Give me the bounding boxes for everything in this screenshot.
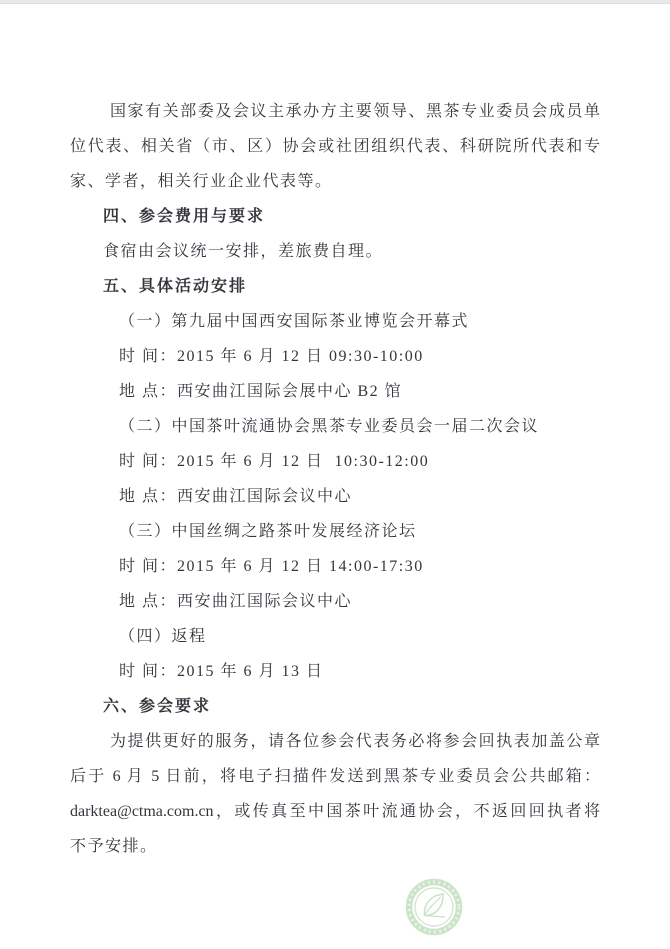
event-time: 时 间：2015 年 6 月 12 日 10:30-12:00 [119,444,600,479]
event-location: 地 点：西安曲江国际会议中心 [119,479,600,514]
event-location: 地 点：西安曲江国际会展中心 B2 馆 [119,374,600,409]
attendees-paragraph-line: 国家有关部委及会议主承办方主要领导、黑茶专业委员会成员单 [70,94,600,129]
event-title: （一）第九届中国西安国际茶业博览会开幕式 [119,304,600,339]
event-time: 时 间：2015 年 6 月 12 日 09:30-10:00 [119,339,600,374]
event-time: 时 间：2015 年 6 月 13 日 [119,654,600,689]
event-time: 时 间：2015 年 6 月 12 日 14:00-17:30 [119,549,600,584]
requirements-paragraph-line: 后于 6 月 5 日前，将电子扫描件发送到黑茶专业委员会公共邮箱： [70,759,600,794]
requirements-paragraph-line: 为提供更好的服务，请各位参会代表务必将参会回执表加盖公章 [70,724,600,759]
event-title: （三）中国丝绸之路茶叶发展经济论坛 [119,514,600,549]
document-page: 国家有关部委及会议主承办方主要领导、黑茶专业委员会成员单 位代表、相关省（市、区… [0,0,670,949]
section-heading-requirements: 六、参会要求 [103,689,600,724]
leaf-seal-watermark-icon [404,877,464,937]
document-body: 国家有关部委及会议主承办方主要领导、黑茶专业委员会成员单 位代表、相关省（市、区… [70,94,600,864]
page-top-edge [0,0,670,4]
attendees-paragraph-line: 家、学者，相关行业企业代表等。 [70,164,600,199]
requirements-paragraph-line: 不予安排。 [70,829,600,864]
event-title: （二）中国茶叶流通协会黑茶专业委员会一届二次会议 [119,409,600,444]
attendees-paragraph-line: 位代表、相关省（市、区）协会或社团组织代表、科研院所代表和专 [70,129,600,164]
event-title: （四）返程 [119,619,600,654]
requirements-paragraph-line: darktea@ctma.com.cn，或传真至中国茶叶流通协会，不返回回执者将 [70,794,600,829]
section-fees-body: 食宿由会议统一安排，差旅费自理。 [103,234,600,269]
event-location: 地 点：西安曲江国际会议中心 [119,584,600,619]
section-heading-schedule: 五、具体活动安排 [103,269,600,304]
section-heading-fees: 四、参会费用与要求 [103,199,600,234]
